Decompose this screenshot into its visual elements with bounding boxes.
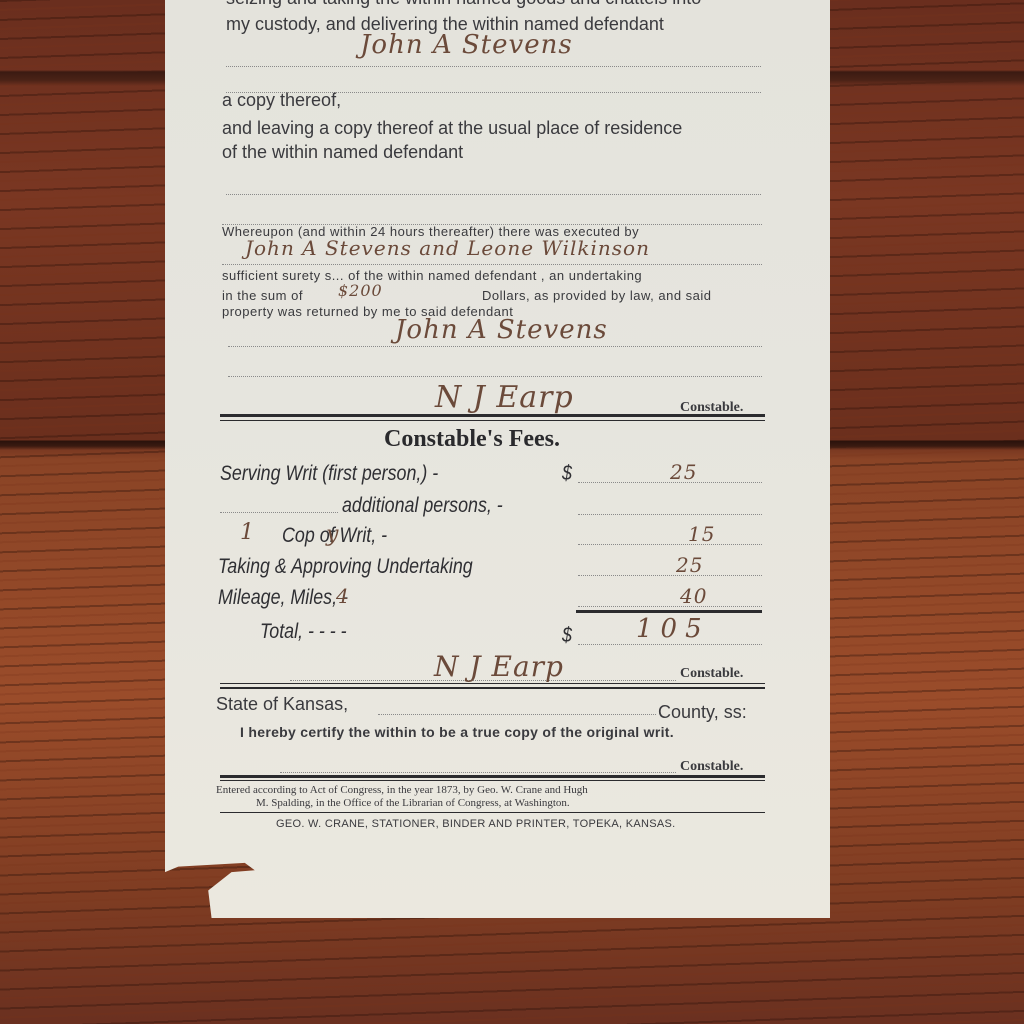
double-rule: [220, 780, 765, 781]
handwritten-miles: 4: [336, 584, 350, 608]
handwritten-copy-suffix: y: [326, 522, 339, 547]
printer-line: GEO. W. CRANE, STATIONER, BINDER AND PRI…: [276, 818, 676, 830]
handwritten-defendant-name: John A Stevens: [360, 30, 573, 60]
dotted-line: [226, 194, 761, 195]
double-rule: [220, 683, 765, 684]
total-label: Total, - - - -: [260, 620, 347, 644]
amount-line: [578, 575, 762, 576]
fee-row-label: additional persons, -: [342, 494, 503, 518]
county-line: [378, 714, 656, 715]
amount-line: [578, 514, 762, 515]
dotted-line: [228, 346, 762, 347]
fee-row-value: 25: [676, 553, 703, 577]
fee-row-label: Taking & Approving Undertaking: [218, 555, 473, 579]
double-rule: [220, 420, 765, 421]
intro-line-3: and leaving a copy thereof at the usual …: [222, 118, 682, 139]
fee-row-value: 40: [680, 584, 707, 608]
amount-line: [578, 606, 762, 607]
amount-line: [578, 644, 762, 645]
footer-rule: [220, 812, 765, 813]
copyright-line-2: M. Spalding, in the Office of the Librar…: [256, 797, 570, 809]
intro-line-4: of the within named defendant: [222, 142, 463, 163]
undertaking-line-2: sufficient surety s... of the within nam…: [222, 268, 642, 283]
undertaking-line-3b: Dollars, as provided by law, and said: [482, 288, 712, 303]
handwritten-constable-signature: N J Earp: [435, 380, 574, 415]
fee-row-value: 25: [670, 460, 697, 484]
dotted-line: [280, 772, 676, 773]
handwritten-sureties: John A Stevens and Leone Wilkinson: [245, 236, 650, 260]
dotted-line: [220, 512, 338, 513]
double-rule: [220, 414, 765, 417]
state-label: State of Kansas,: [216, 694, 348, 715]
constable-label: Constable.: [680, 759, 743, 775]
amount-line: [578, 544, 762, 545]
certification-statement: I hereby certify the within to be a true…: [240, 724, 674, 740]
constable-label: Constable.: [680, 666, 743, 682]
fee-row-value: 15: [688, 522, 715, 546]
dotted-line: [226, 66, 761, 67]
copyright-line-1: Entered according to Act of Congress, in…: [216, 784, 588, 796]
handwritten-returned-to: John A Stevens: [395, 315, 608, 345]
county-label: County, ss:: [658, 702, 747, 723]
handwritten-constable-signature: N J Earp: [434, 650, 564, 683]
handwritten-copy-count: 1: [240, 520, 255, 545]
fee-row-label: Mileage, Miles, -: [218, 586, 348, 610]
dotted-line: [222, 264, 762, 265]
total-prefix: $: [562, 624, 572, 648]
double-rule: [220, 775, 765, 778]
handwritten-sum: $200: [338, 281, 383, 300]
total-value: 105: [636, 614, 710, 644]
intro-line-2: a copy thereof,: [222, 90, 341, 111]
fee-row-prefix: $: [562, 462, 572, 486]
intro-line-0: seizing and taking the within named good…: [226, 0, 701, 9]
double-rule: [220, 687, 765, 689]
dotted-line: [228, 376, 762, 377]
subtotal-rule: [576, 610, 762, 613]
fee-row-label: Serving Writ (first person,) -: [220, 462, 438, 486]
fees-title: Constable's Fees.: [384, 426, 560, 453]
undertaking-line-3a: in the sum of: [222, 288, 303, 303]
